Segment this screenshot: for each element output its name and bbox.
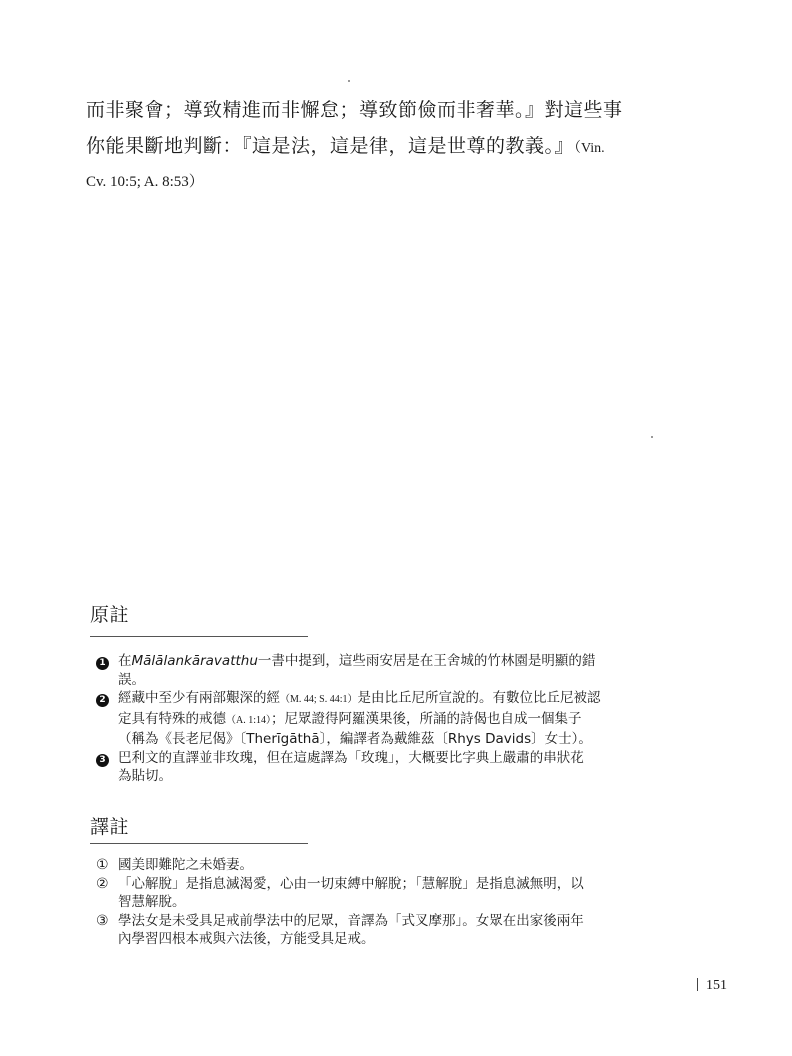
original-note-3: 3 巴利文的直譯並非玫瑰，但在這處譯為「玫瑰」，大概要比字典上嚴肅的串狀花 為貼…	[96, 749, 706, 786]
translator-notes-title: 譯註	[90, 812, 129, 839]
body-line-1: 而非聚會；導致精進而非懈怠；導致節儉而非奢華。』對這些事	[86, 92, 706, 128]
original-notes-list: 1 在Mālālankāravatthu一書中提到，這些雨安居是在王舍城的竹林園…	[96, 652, 706, 786]
scan-speck	[348, 80, 350, 82]
translator-note-2: ② 「心解脫」是指息滅渴愛，心由一切束縛中解脫；「慧解脫」是指息滅無明，以 智慧…	[96, 875, 706, 912]
note-marker-3: 3	[96, 749, 118, 768]
note-marker-1: 1	[96, 652, 118, 671]
body-line-3: Cv. 10:5; A. 8:53）	[86, 164, 706, 200]
note-marker-circled-3: ③	[96, 912, 118, 931]
note-marker-circled-1: ①	[96, 856, 118, 875]
original-notes-title: 原註	[90, 600, 129, 627]
scan-speck	[651, 436, 653, 438]
pali-title: Mālālankāravatthu	[132, 653, 258, 669]
citation-ref: （Vin.	[574, 141, 605, 156]
page-number: 151	[697, 978, 727, 994]
section-divider	[90, 843, 308, 844]
body-paragraph: 而非聚會；導致精進而非懈怠；導致節儉而非奢華。』對這些事 你能果斷地判斷：『這是…	[86, 92, 706, 200]
body-line-2: 你能果斷地判斷：『這是法，這是律，這是世尊的教義。』（Vin.	[86, 128, 706, 164]
page-number-divider	[697, 978, 698, 991]
section-divider	[90, 636, 308, 637]
translator-note-1: ① 國美即難陀之未婚妻。	[96, 856, 706, 875]
original-note-1: 1 在Mālālankāravatthu一書中提到，這些雨安居是在王舍城的竹林園…	[96, 652, 706, 689]
book-page: 而非聚會；導致精進而非懈怠；導致節儉而非奢華。』對這些事 你能果斷地判斷：『這是…	[0, 0, 792, 1056]
note-marker-2: 2	[96, 689, 118, 708]
original-note-2: 2 經藏中至少有兩部艱深的經（M. 44; S. 44:1）是由比丘尼所宣說的。…	[96, 689, 706, 749]
translator-note-3: ③ 學法女是未受具足戒前學法中的尼眾，音譯為「式叉摩那」。女眾在出家後兩年 內學…	[96, 912, 706, 949]
translator-notes-list: ① 國美即難陀之未婚妻。 ② 「心解脫」是指息滅渴愛，心由一切束縛中解脫；「慧解…	[96, 856, 706, 949]
note-marker-circled-2: ②	[96, 875, 118, 894]
